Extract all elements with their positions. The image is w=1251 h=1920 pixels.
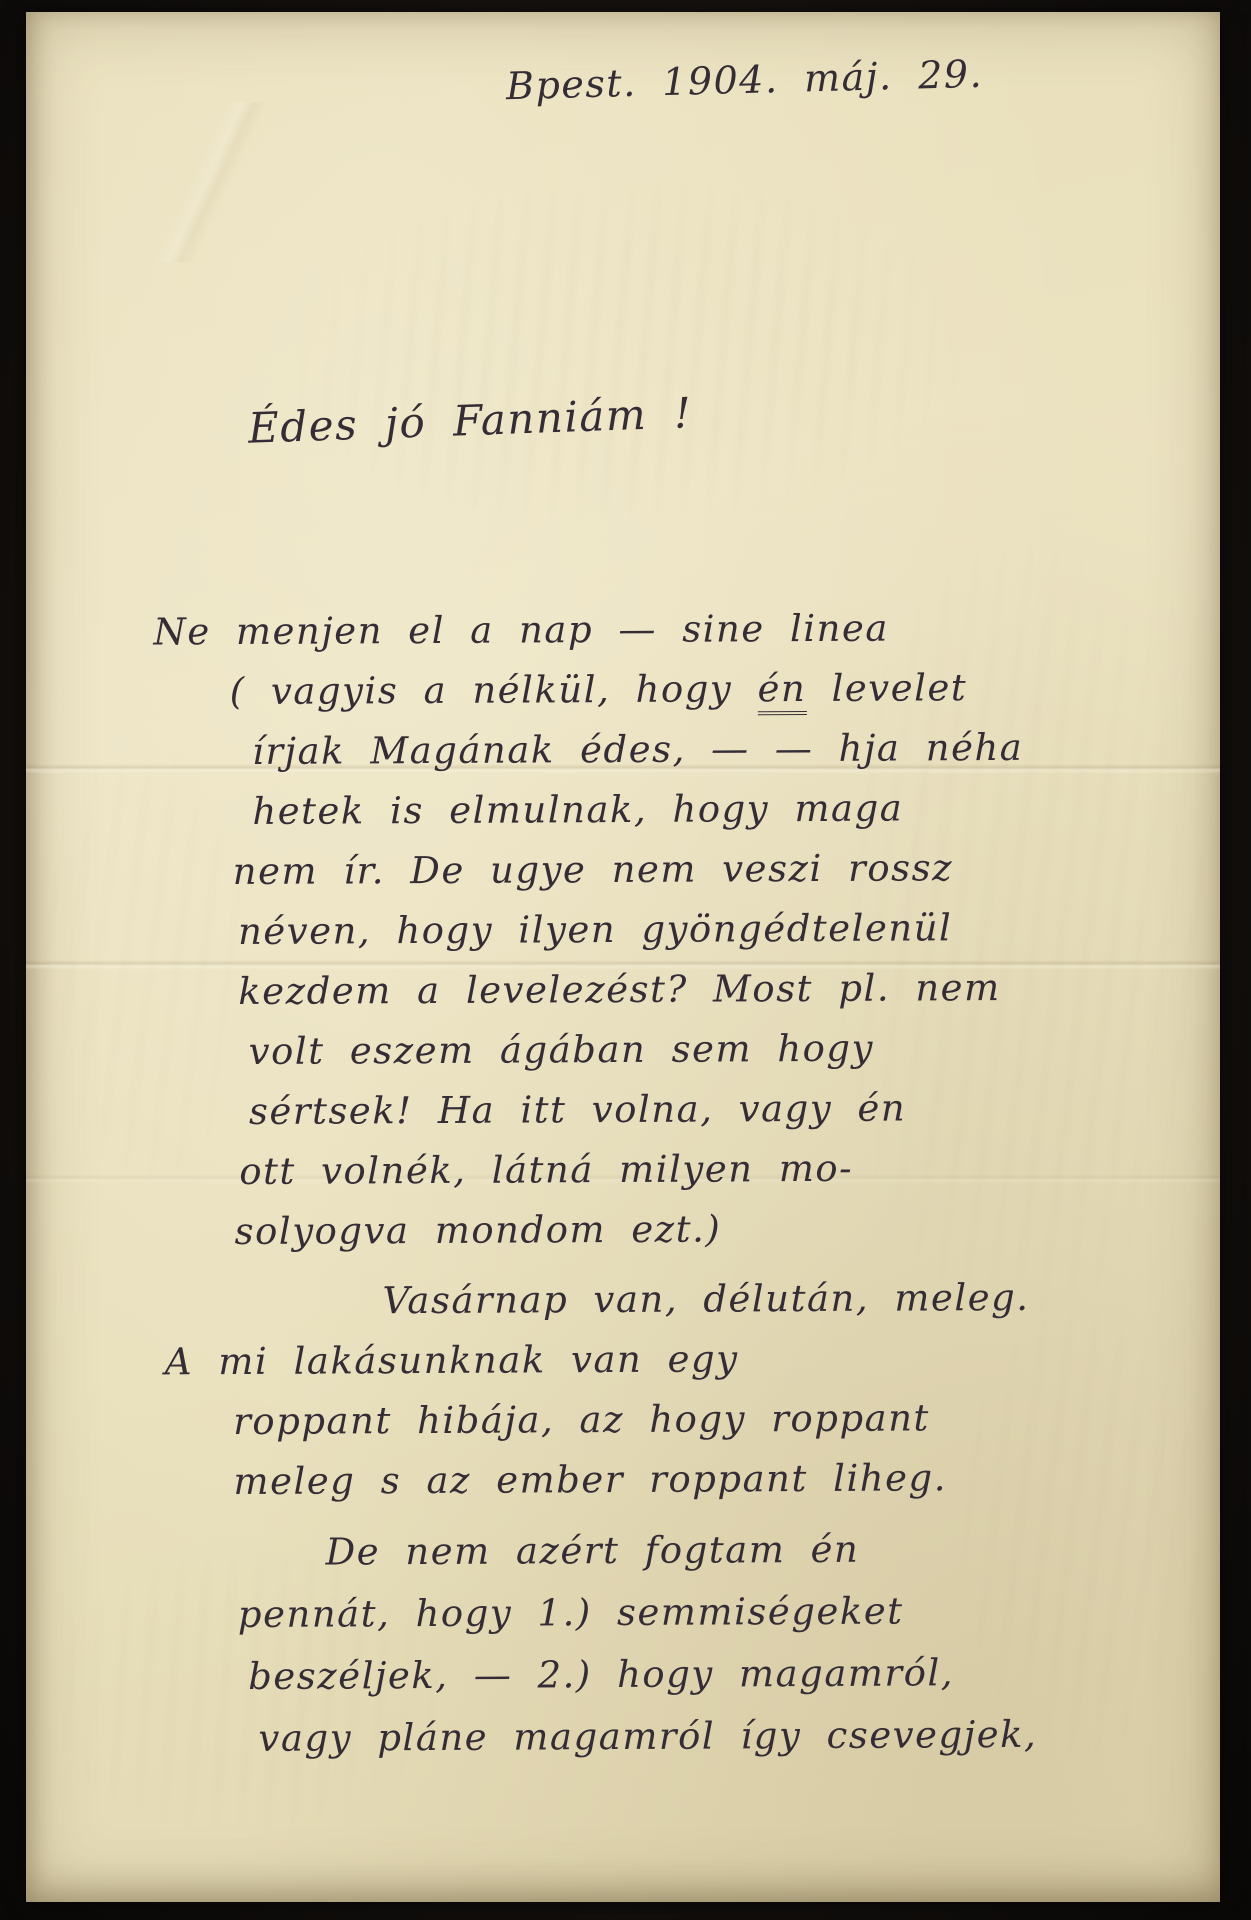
handwritten-line: beszéljek, — 2.) hogy magamról, [248, 1641, 1220, 1708]
handwritten-line: meleg s az ember roppant liheg. [233, 1447, 1220, 1512]
date-line: Bpest. 1904. máj. 29. [506, 52, 984, 108]
body-paragraph-1: Ne menjen el a nap — sine linea ( vagyis… [24, 597, 1221, 1263]
handwritten-line: De nem azért fogtam én [325, 1517, 1219, 1584]
handwritten-line: ott volnék, látná milyen mo- [239, 1137, 1221, 1202]
handwritten-line: írjak Magának édes, — — hja néha [252, 717, 1219, 782]
corner-crease [56, 102, 356, 262]
handwritten-line: A mi lakásunknak van egy [165, 1327, 1220, 1393]
handwritten-line: Vasárnap van, délután, meleg. [382, 1267, 1219, 1331]
handwritten-line: volt eszem ágában sem hogy [248, 1017, 1220, 1082]
handwritten-line: hetek is elmulnak, hogy maga [252, 777, 1219, 842]
line-text-post: levelet [806, 666, 967, 710]
handwritten-line: néven, hogy ilyen gyöngédtelenül [238, 897, 1220, 962]
letter-paper: Bpest. 1904. máj. 29. Édes jó Fanniám ! … [26, 12, 1220, 1902]
handwritten-line: roppant hibája, az hogy roppant [233, 1387, 1220, 1452]
handwritten-line: ( vagyis a nélkül, hogy én levelet [230, 657, 1219, 722]
handwritten-line: sértsek! Ha itt volna, vagy én [249, 1077, 1221, 1142]
body-paragraph-2: Vasárnap van, délután, meleg. A mi lakás… [25, 1267, 1220, 1513]
salutation: Édes jó Fanniám ! [247, 388, 693, 452]
handwritten-line: Ne menjen el a nap — sine linea [153, 597, 1218, 663]
body-paragraph-3: De nem azért fogtam én pennát, hogy 1.) … [25, 1517, 1220, 1771]
handwritten-line: solyogva mondom ezt.) [234, 1197, 1221, 1262]
handwritten-line: nem ír. De ugye nem veszi rossz [233, 837, 1220, 902]
handwritten-line: kezdem a levelezést? Most pl. nem [238, 957, 1220, 1022]
handwritten-line: vagy pláne magamról így csevegjek, [258, 1703, 1220, 1770]
handwritten-line: pennát, hogy 1.) semmiségeket [238, 1579, 1220, 1646]
underlined-word: én [757, 667, 806, 715]
bleed-through-ghost [280, 170, 971, 534]
line-text-pre: ( vagyis a nélkül, hogy [230, 667, 758, 713]
